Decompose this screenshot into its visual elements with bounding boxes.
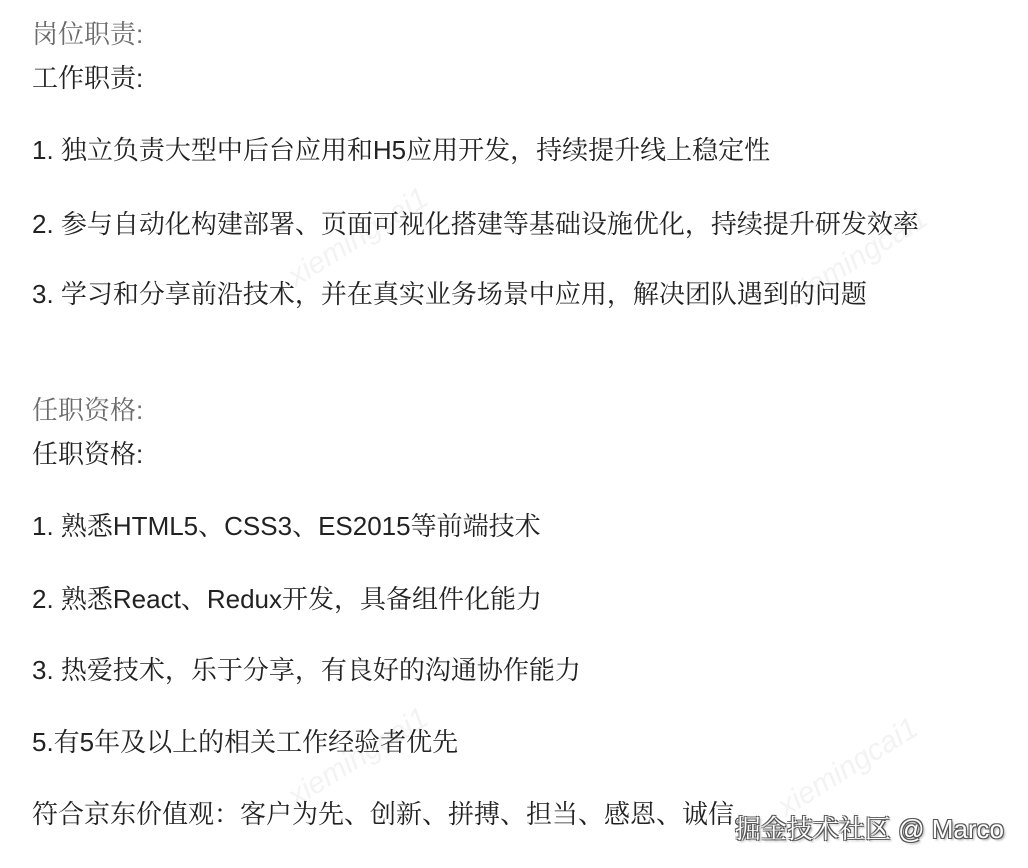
- responsibility-item: 2. 参与自动化构建部署、页面可视化搭建等基础设施优化，持续提升研发效率: [32, 207, 919, 241]
- qualifications-heading: 任职资格:: [32, 393, 143, 427]
- responsibilities-heading: 岗位职责:: [32, 17, 143, 51]
- qualifications-subheading: 任职资格:: [32, 437, 143, 471]
- user-watermark: xiemingcai1: [772, 711, 924, 824]
- qualification-item: 1. 熟悉HTML5、CSS3、ES2015等前端技术: [32, 509, 541, 543]
- brand-watermark: 掘金技术社区 @ Marco: [735, 812, 1004, 846]
- company-values-line: 符合京东价值观：客户为先、创新、拼搏、担当、感恩、诚信。: [32, 797, 760, 831]
- qualification-item: 2. 熟悉React、Redux开发，具备组件化能力: [32, 582, 542, 616]
- responsibilities-subheading: 工作职责:: [32, 61, 143, 95]
- qualification-item: 3. 热爱技术，乐于分享，有良好的沟通协作能力: [32, 653, 581, 687]
- responsibility-item: 3. 学习和分享前沿技术，并在真实业务场景中应用，解决团队遇到的问题: [32, 277, 867, 311]
- responsibility-item: 1. 独立负责大型中后台应用和H5应用开发，持续提升线上稳定性: [32, 133, 770, 167]
- qualification-item: 5.有5年及以上的相关工作经验者优先: [32, 725, 458, 759]
